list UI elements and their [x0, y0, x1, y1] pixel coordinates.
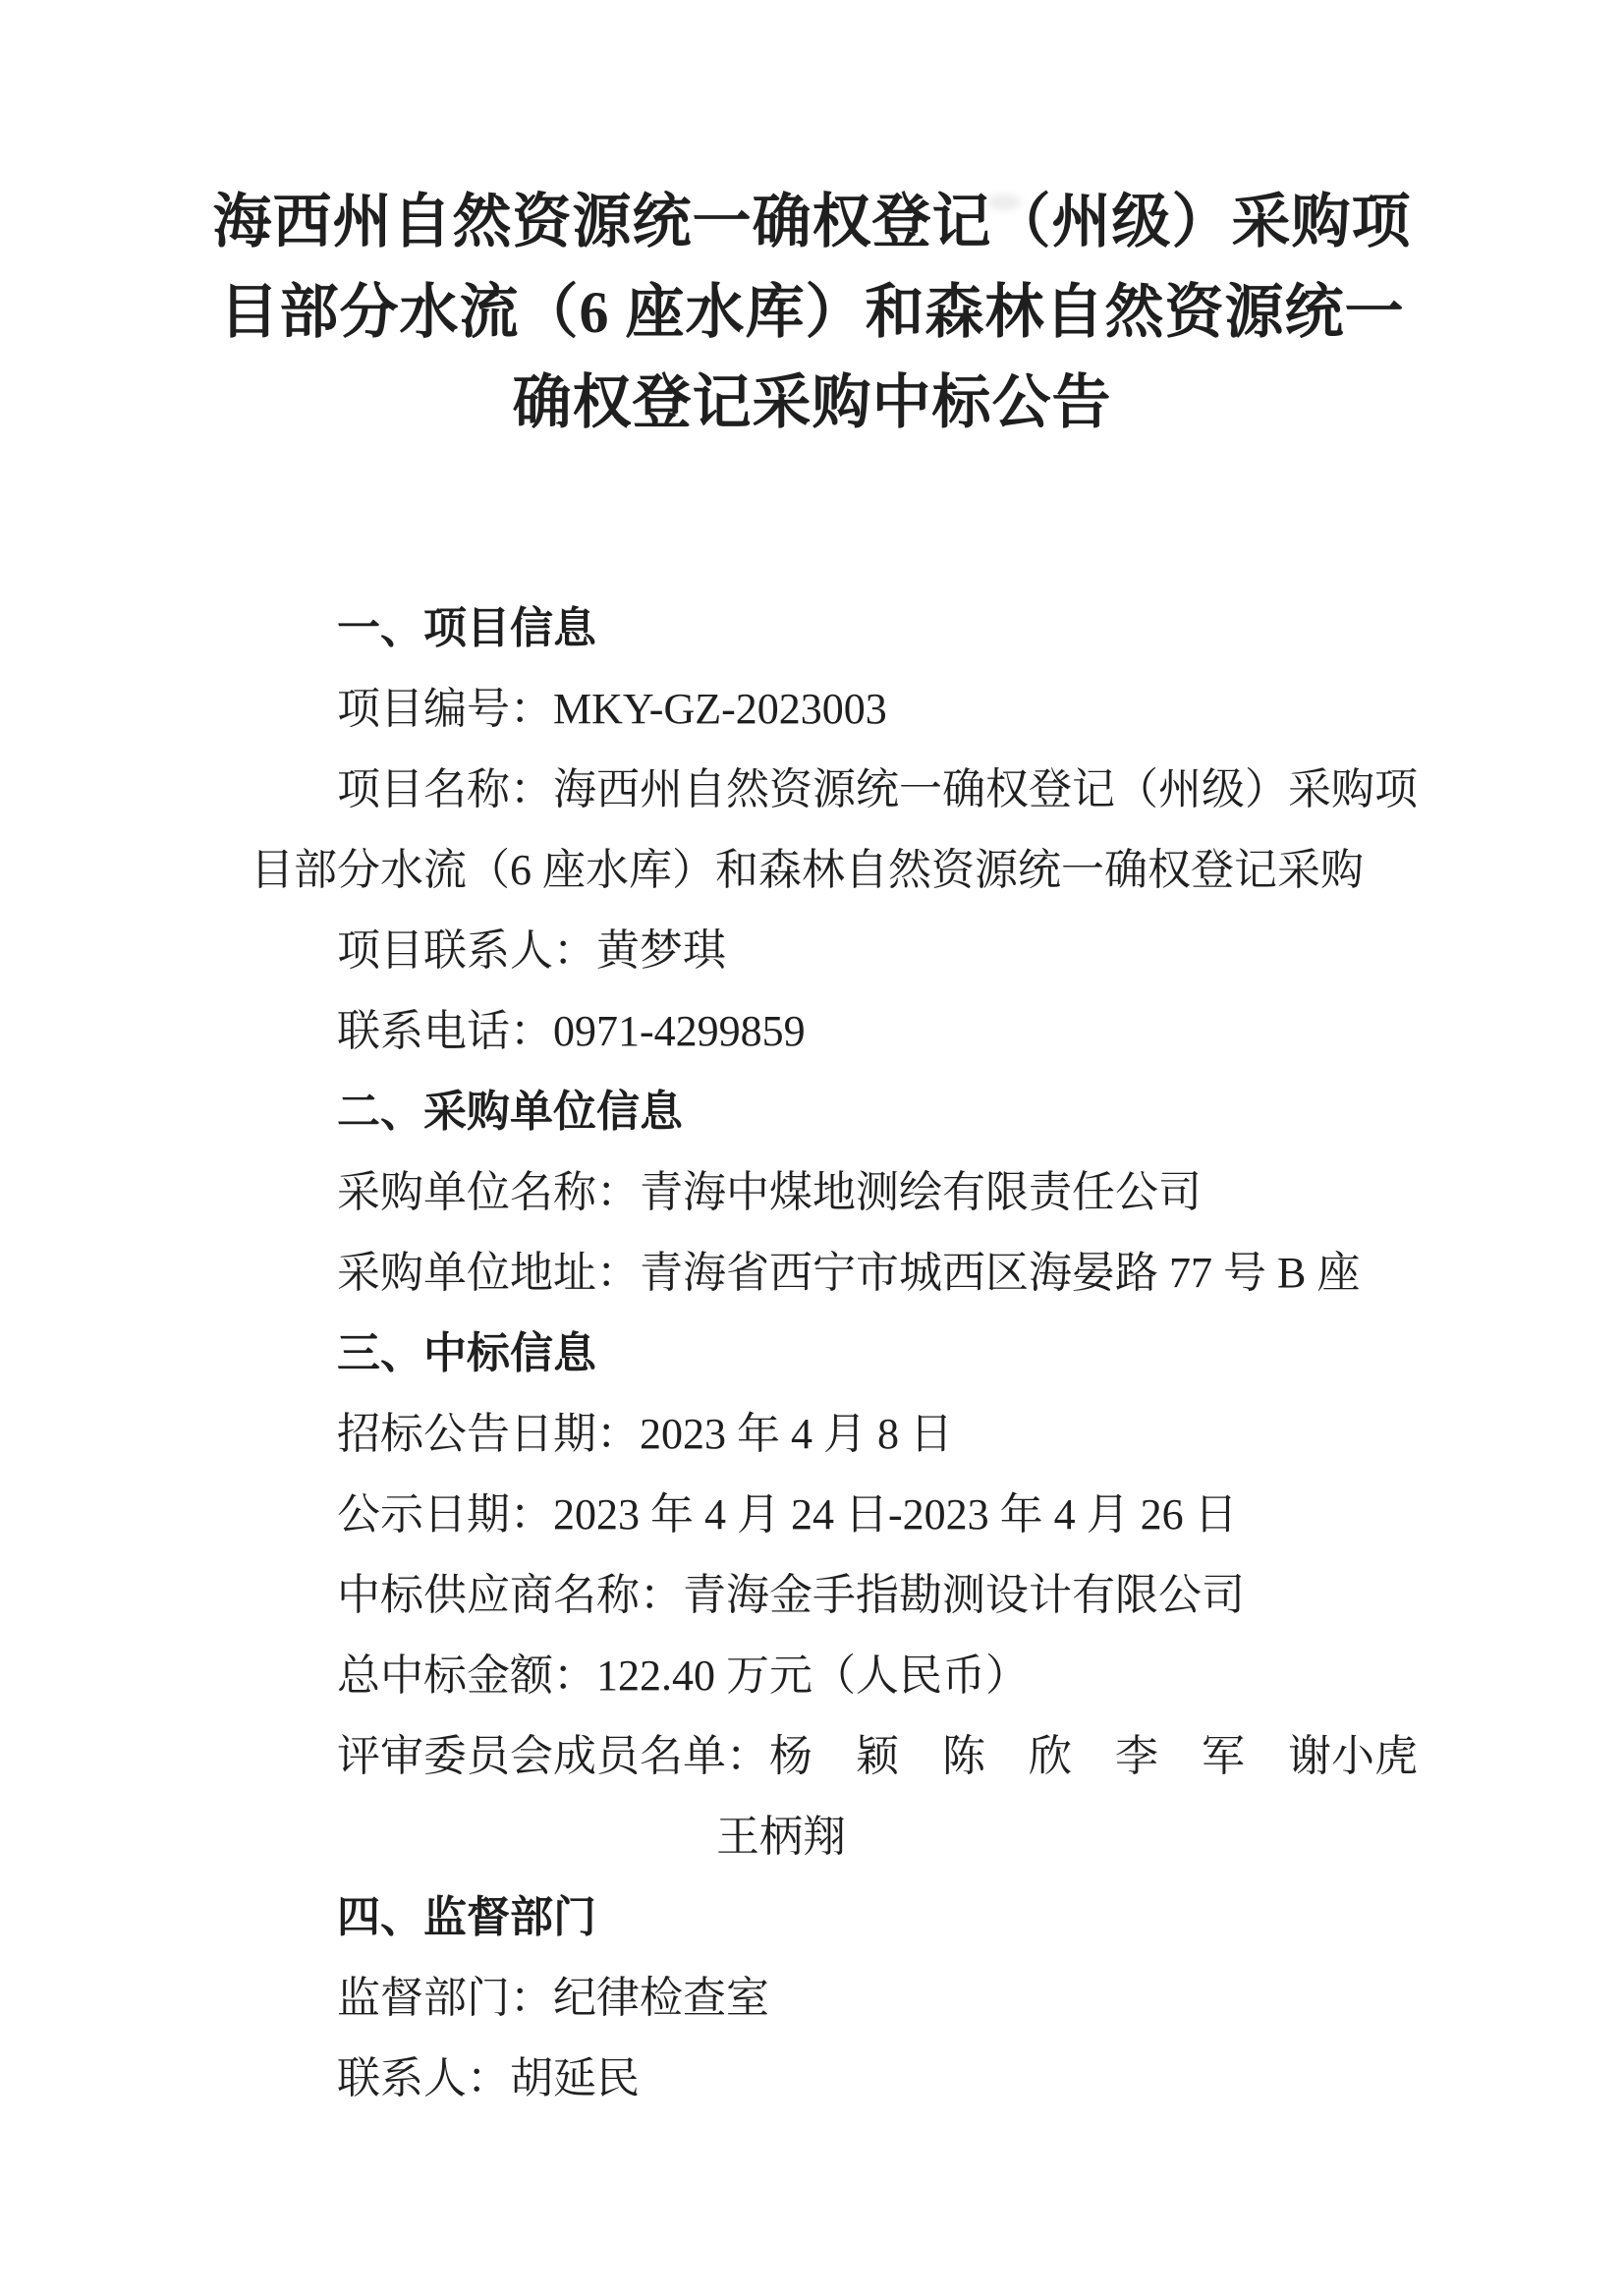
document-title: 海西州自然资源统一确权登记（州级）采购项 目部分水流（6 座水库）和森林自然资源… [0, 0, 1624, 448]
supervision-department-line: 监督部门：纪律检查室 [251, 1958, 1380, 2039]
contact-phone-line: 联系电话：0971-4299859 [251, 991, 1380, 1072]
review-committee-line-1: 评审委员会成员名单：杨 颖 陈 欣 李 军 谢小虎 [251, 1716, 1380, 1797]
project-number-line: 项目编号：MKY-GZ-2023003 [251, 669, 1380, 750]
purchaser-name-line: 采购单位名称：青海中煤地测绘有限责任公司 [251, 1152, 1380, 1233]
section-2-heading: 二、采购单位信息 [251, 1072, 1380, 1152]
scanned-document-page: 海西州自然资源统一确权登记（州级）采购项 目部分水流（6 座水库）和森林自然资源… [0, 0, 1624, 2295]
winning-amount-line: 总中标金额：122.40 万元（人民币） [251, 1636, 1380, 1716]
section-3-heading: 三、中标信息 [251, 1314, 1380, 1394]
scan-smudge-artifact [987, 195, 1021, 210]
document-body: 一、项目信息 项目编号：MKY-GZ-2023003 项目名称：海西州自然资源统… [251, 588, 1380, 2119]
publicity-period-line: 公示日期：2023 年 4 月 24 日-2023 年 4 月 26 日 [251, 1475, 1380, 1555]
purchaser-address-line: 采购单位地址：青海省西宁市城西区海晏路 77 号 B 座 [251, 1233, 1380, 1314]
review-committee-line-2: 王柄翔 [251, 1797, 1380, 1877]
section-1-heading: 一、项目信息 [251, 588, 1380, 669]
tender-announce-date-line: 招标公告日期：2023 年 4 月 8 日 [251, 1394, 1380, 1475]
title-line-1: 海西州自然资源统一确权登记（州级）采购项 [0, 177, 1624, 267]
winning-supplier-line: 中标供应商名称：青海金手指勘测设计有限公司 [251, 1555, 1380, 1636]
title-line-2: 目部分水流（6 座水库）和森林自然资源统一 [0, 267, 1624, 358]
project-name-line-1: 项目名称：海西州自然资源统一确权登记（州级）采购项 [251, 750, 1380, 830]
section-4-heading: 四、监督部门 [251, 1877, 1380, 1958]
project-contact-line: 项目联系人：黄梦琪 [251, 911, 1380, 991]
project-name-line-2: 目部分水流（6 座水库）和森林自然资源统一确权登记采购 [251, 830, 1380, 911]
supervision-contact-line: 联系人：胡延民 [251, 2039, 1380, 2119]
title-line-3: 确权登记采购中标公告 [0, 358, 1624, 448]
